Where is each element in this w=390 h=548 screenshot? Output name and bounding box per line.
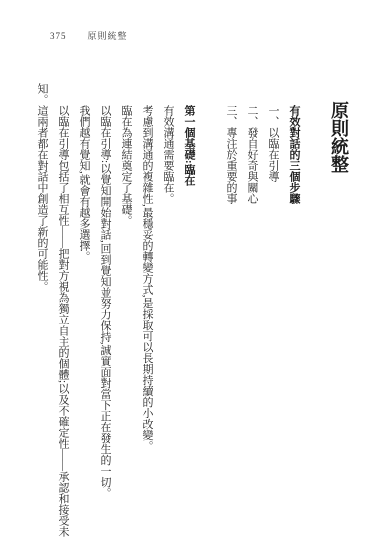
- section-heading: 有效對話的三個步驟: [283, 83, 304, 545]
- section-heading: 第一個基礎:臨在: [178, 83, 199, 545]
- paragraph: 有效溝通需要臨在。: [157, 83, 178, 545]
- list-item: 一、以臨在引導: [262, 83, 283, 545]
- paragraph: 考慮到溝通的複雜性,最穩妥的轉變方式,是採取可以長期持續的小改變。: [136, 83, 157, 545]
- page-number: 375: [50, 31, 67, 41]
- paragraph: 以臨在引導包括了相互性——把對方視為獨立自主的個體;以及不確定性——承認和接受未…: [31, 83, 73, 545]
- running-head: 375 原則統整: [50, 29, 128, 42]
- paragraph: 我們越有覺知,就會有越多選擇。: [73, 83, 94, 545]
- list-item: 三、專注於重要的事: [220, 83, 241, 545]
- paragraph: 以臨在引導:以覺知開始對話,回到覺知並努力保持,誠實面對當下正在發生的一切。: [94, 83, 115, 545]
- vertical-text-block: 原則統整 有效對話的三個步驟一、以臨在引導二、發自好奇與關心三、專注於重要的事第…: [31, 83, 352, 545]
- paragraph: 臨在為連結奠定了基礎。: [115, 83, 136, 545]
- book-page: 375 原則統整 原則統整 有效對話的三個步驟一、以臨在引導二、發自好奇與關心三…: [0, 0, 390, 548]
- chapter-title: 原則統整: [326, 83, 352, 545]
- list-item: 二、發自好奇與關心: [241, 83, 262, 545]
- running-head-chapter: 原則統整: [88, 29, 128, 42]
